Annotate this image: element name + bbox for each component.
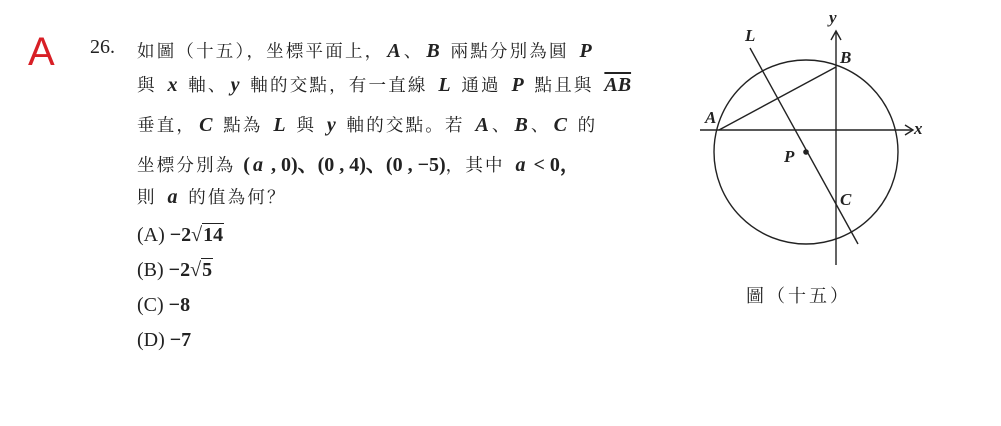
label-y: y — [829, 8, 837, 28]
figure-caption: 圖（十五） — [746, 282, 851, 308]
label-p: P — [784, 147, 794, 167]
label-x: x — [914, 119, 923, 139]
label-b: B — [840, 48, 851, 68]
label-c: C — [840, 190, 851, 210]
line-l — [750, 48, 858, 244]
point-p-dot — [803, 149, 809, 155]
label-l: L — [745, 26, 755, 46]
label-a: A — [705, 108, 716, 128]
